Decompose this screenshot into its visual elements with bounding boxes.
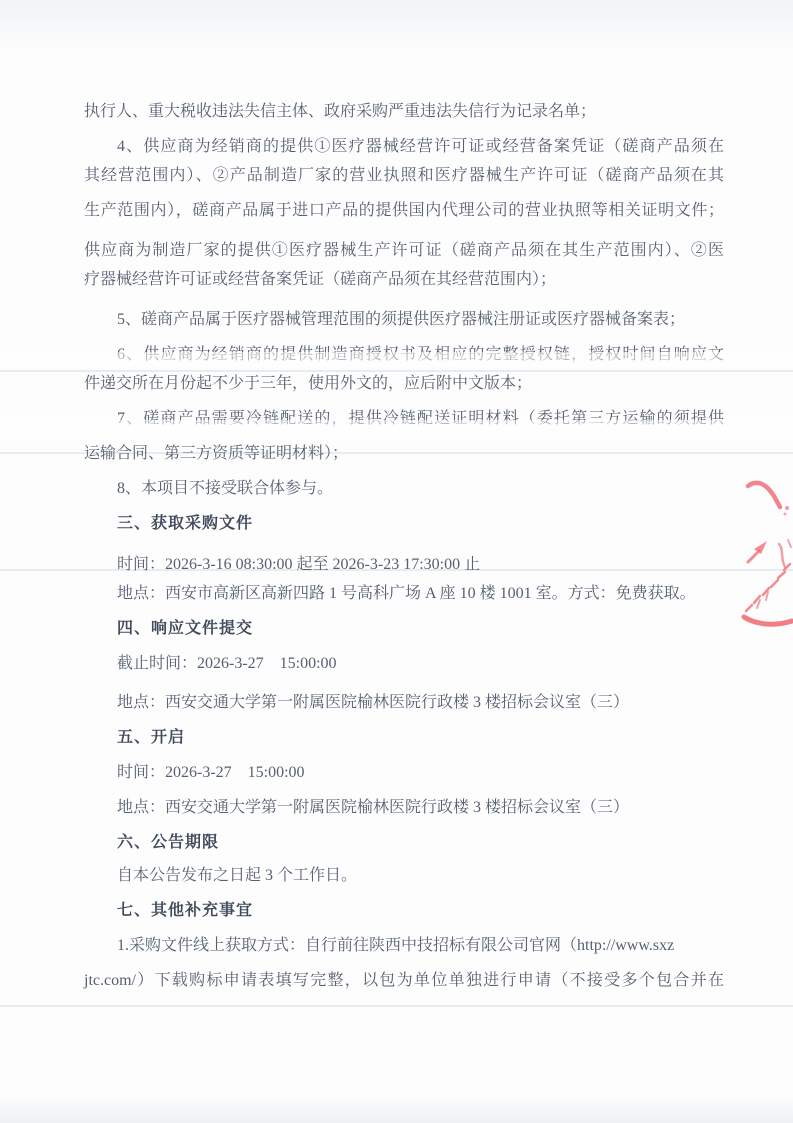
text-line: 5、磋商产品属于医疗器械管理范围的须提供医疗器械注册证或医疗器械备案表； bbox=[84, 302, 724, 337]
text-line: 地点：西安交通大学第一附属医院榆林医院行政楼 3 楼招标会议室（三） bbox=[84, 685, 724, 720]
section-heading: 四、响应文件提交 bbox=[84, 611, 724, 646]
scan-artifact-top-band bbox=[0, 0, 793, 62]
scan-artifact-line bbox=[0, 1005, 793, 1007]
text-line: 1.采购文件线上获取方式：自行前往陕西中技招标有限公司官网（http://www… bbox=[84, 928, 724, 963]
text-line: 地点：西安市高新区高新四路 1 号高科广场 A 座 10 楼 1001 室。方式… bbox=[84, 576, 724, 611]
text-line: 时间：2026-3-27 15:00:00 bbox=[84, 755, 724, 790]
text-line: 8、本项目不接受联合体参与。 bbox=[84, 471, 724, 506]
text-line: 其经营范围内）、②产品制造厂家的营业执照和医疗器械生产许可证（磋商产品须在其 bbox=[84, 158, 724, 193]
section-heading: 七、其他补充事宜 bbox=[84, 893, 724, 928]
red-seal-stamp bbox=[735, 470, 793, 650]
section-heading: 三、获取采购文件 bbox=[84, 506, 724, 541]
text-line: 执行人、重大税收违法失信主体、政府采购严重违法失信行为记录名单； bbox=[84, 94, 724, 129]
seal-bottom-arc bbox=[744, 617, 792, 624]
section-heading: 六、公告期限 bbox=[84, 825, 724, 860]
text-line: 截止时间：2026-3-27 15:00:00 bbox=[84, 646, 724, 681]
text-line: 自本公告发布之日起 3 个工作日。 bbox=[84, 858, 724, 893]
seal-dot bbox=[784, 513, 787, 516]
document-body: 执行人、重大税收违法失信主体、政府采购严重违法失信行为记录名单；4、供应商为经销… bbox=[84, 94, 724, 998]
text-line: 地点：西安交通大学第一附属医院榆林医院行政楼 3 楼招标会议室（三） bbox=[84, 790, 724, 825]
seal-star-fragment bbox=[754, 541, 767, 554]
text-line: 生产范围内），磋商产品属于进口产品的提供国内代理公司的营业执照等相关证明文件； bbox=[84, 193, 724, 228]
section-heading: 五、开启 bbox=[84, 720, 724, 755]
seal-top-arc bbox=[748, 483, 780, 507]
text-line: 运输合同、第三方资质等证明材料）； bbox=[84, 436, 724, 471]
scan-artifact-bottom-band bbox=[0, 1095, 793, 1123]
text-line: 7、磋商产品需要冷链配送的，提供冷链配送证明材料（委托第三方运输的须提供 bbox=[84, 401, 724, 436]
text-line: jtc.com/）下载购标申请表填写完整，以包为单位单独进行申请（不接受多个包合… bbox=[84, 963, 724, 998]
seal-dot bbox=[785, 506, 789, 510]
document-page: 执行人、重大税收违法失信主体、政府采购严重违法失信行为记录名单；4、供应商为经销… bbox=[0, 0, 793, 1123]
